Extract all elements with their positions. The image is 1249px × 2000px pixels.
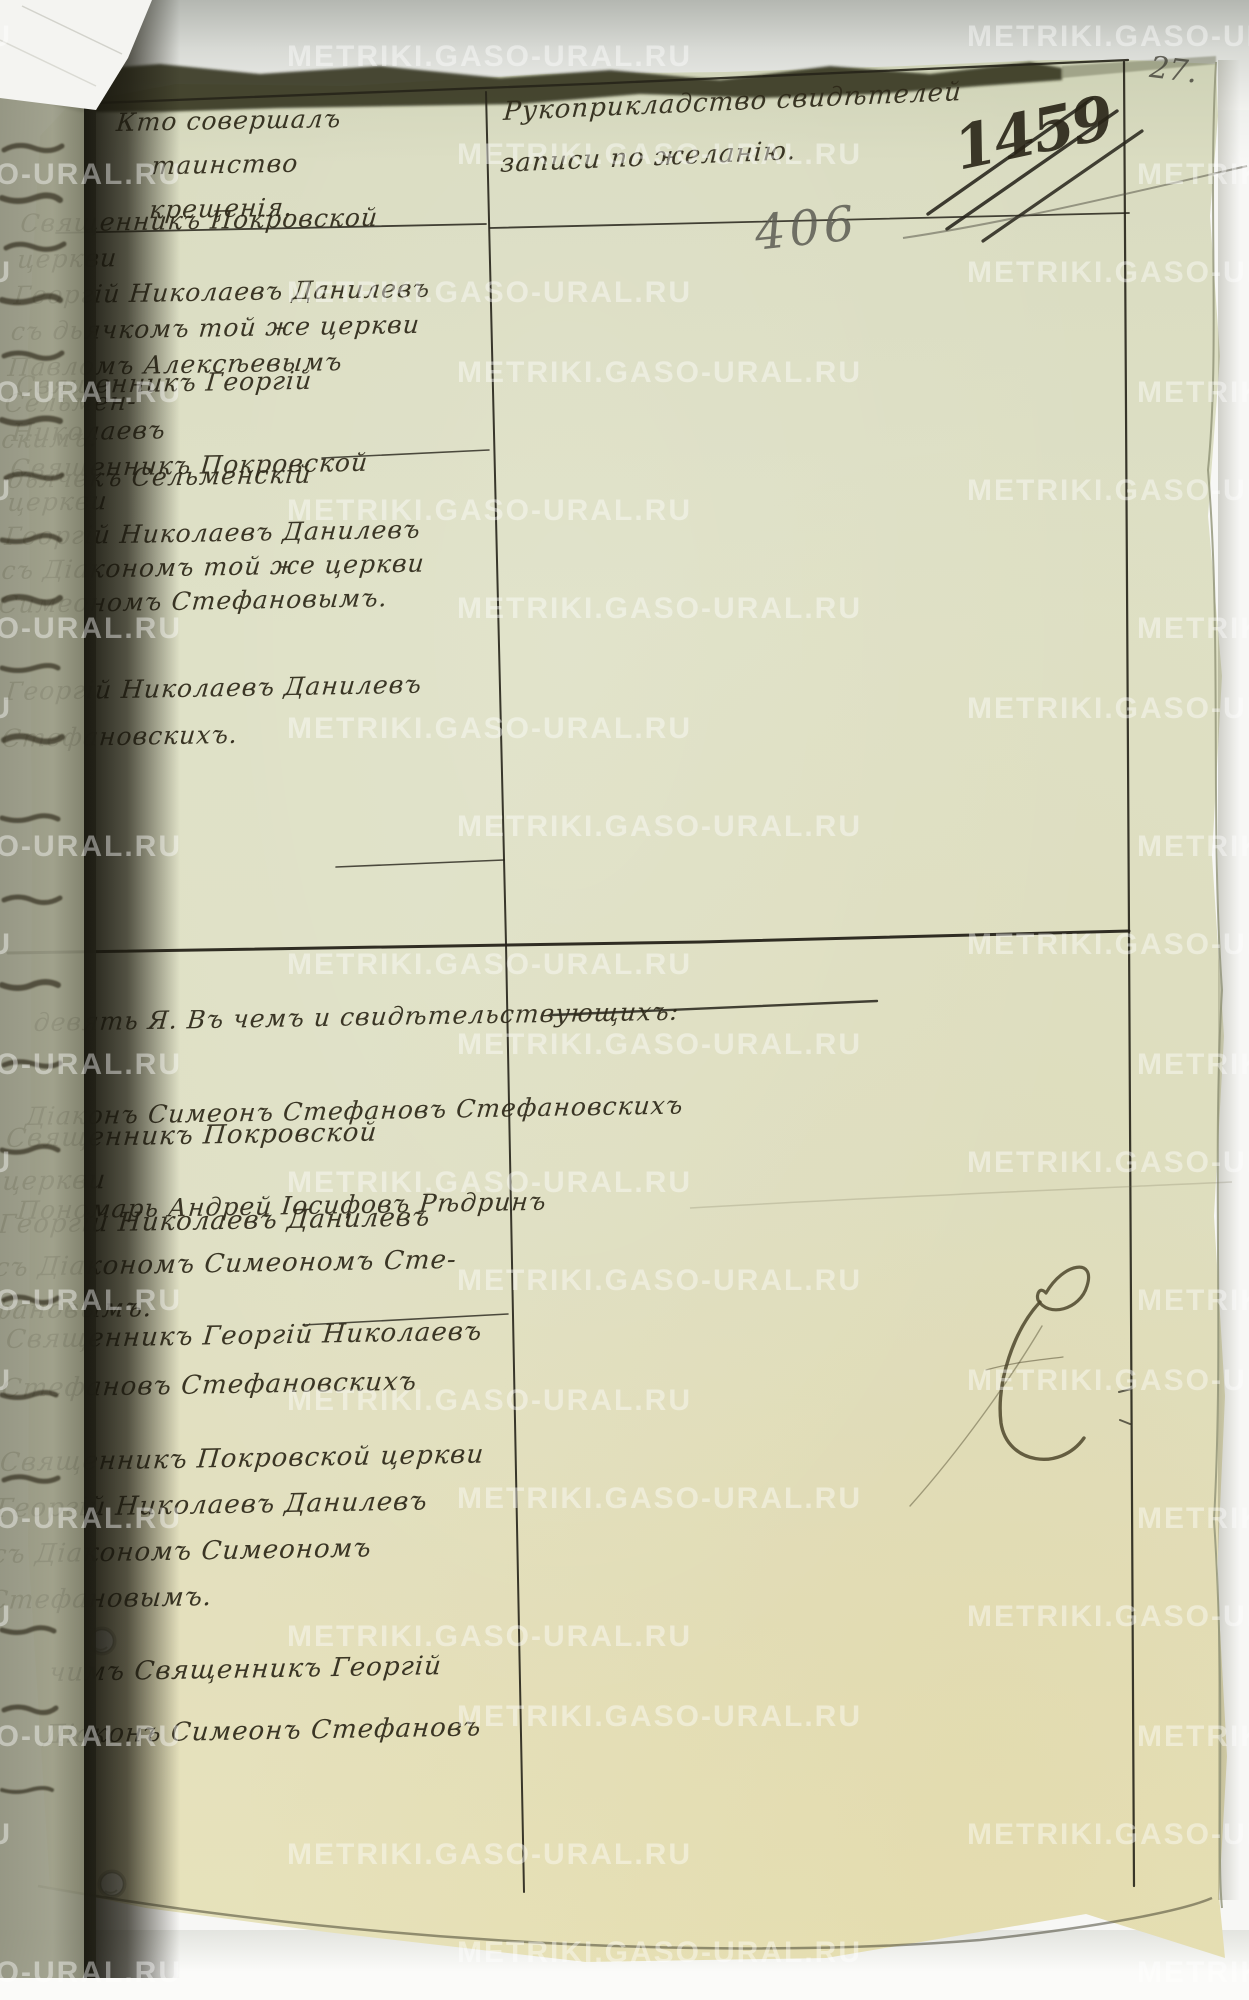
entry-officiant-6: Священникъ Георгій Николаевъ Стефановъ С… <box>0 1307 509 1414</box>
page-edge-shadow <box>1218 60 1240 1900</box>
pencil-number: 406 <box>752 195 861 262</box>
page-number: 27. <box>1148 50 1200 91</box>
watermark-text: METRIKI.GASO-URAL.RU <box>0 256 12 290</box>
watermark-text: METRIKI.GASO-URAL.RU <box>0 1818 12 1852</box>
entry-officiant-3: Священникъ Покровской церкви Георгій Ник… <box>0 444 453 622</box>
watermark-text: METRIKI.GASO-URAL.RU <box>0 928 12 962</box>
entry-officiant-7: Священникъ Покровской церкви Георгій Ник… <box>0 1431 503 1624</box>
entry-officiant-8: чимъ Священникъ Георгій Діаконъ Симеонъ … <box>41 1634 533 1766</box>
entry-officiant-4: Георгій Николаевъ Данилевъ Стефановскихъ… <box>0 660 449 762</box>
scanned-register-page: Кто совершалъ таинство крещенія. Рукопри… <box>0 0 1249 2000</box>
struck-word: Стефановскихъ <box>455 1091 685 1124</box>
entry-officiant-5: Священникъ Покровской церкви Георгій Ник… <box>0 1110 489 1333</box>
witness-note-line-1: девять Я. Въ чемъ и свидѣтельствующихъ: <box>32 984 918 1046</box>
